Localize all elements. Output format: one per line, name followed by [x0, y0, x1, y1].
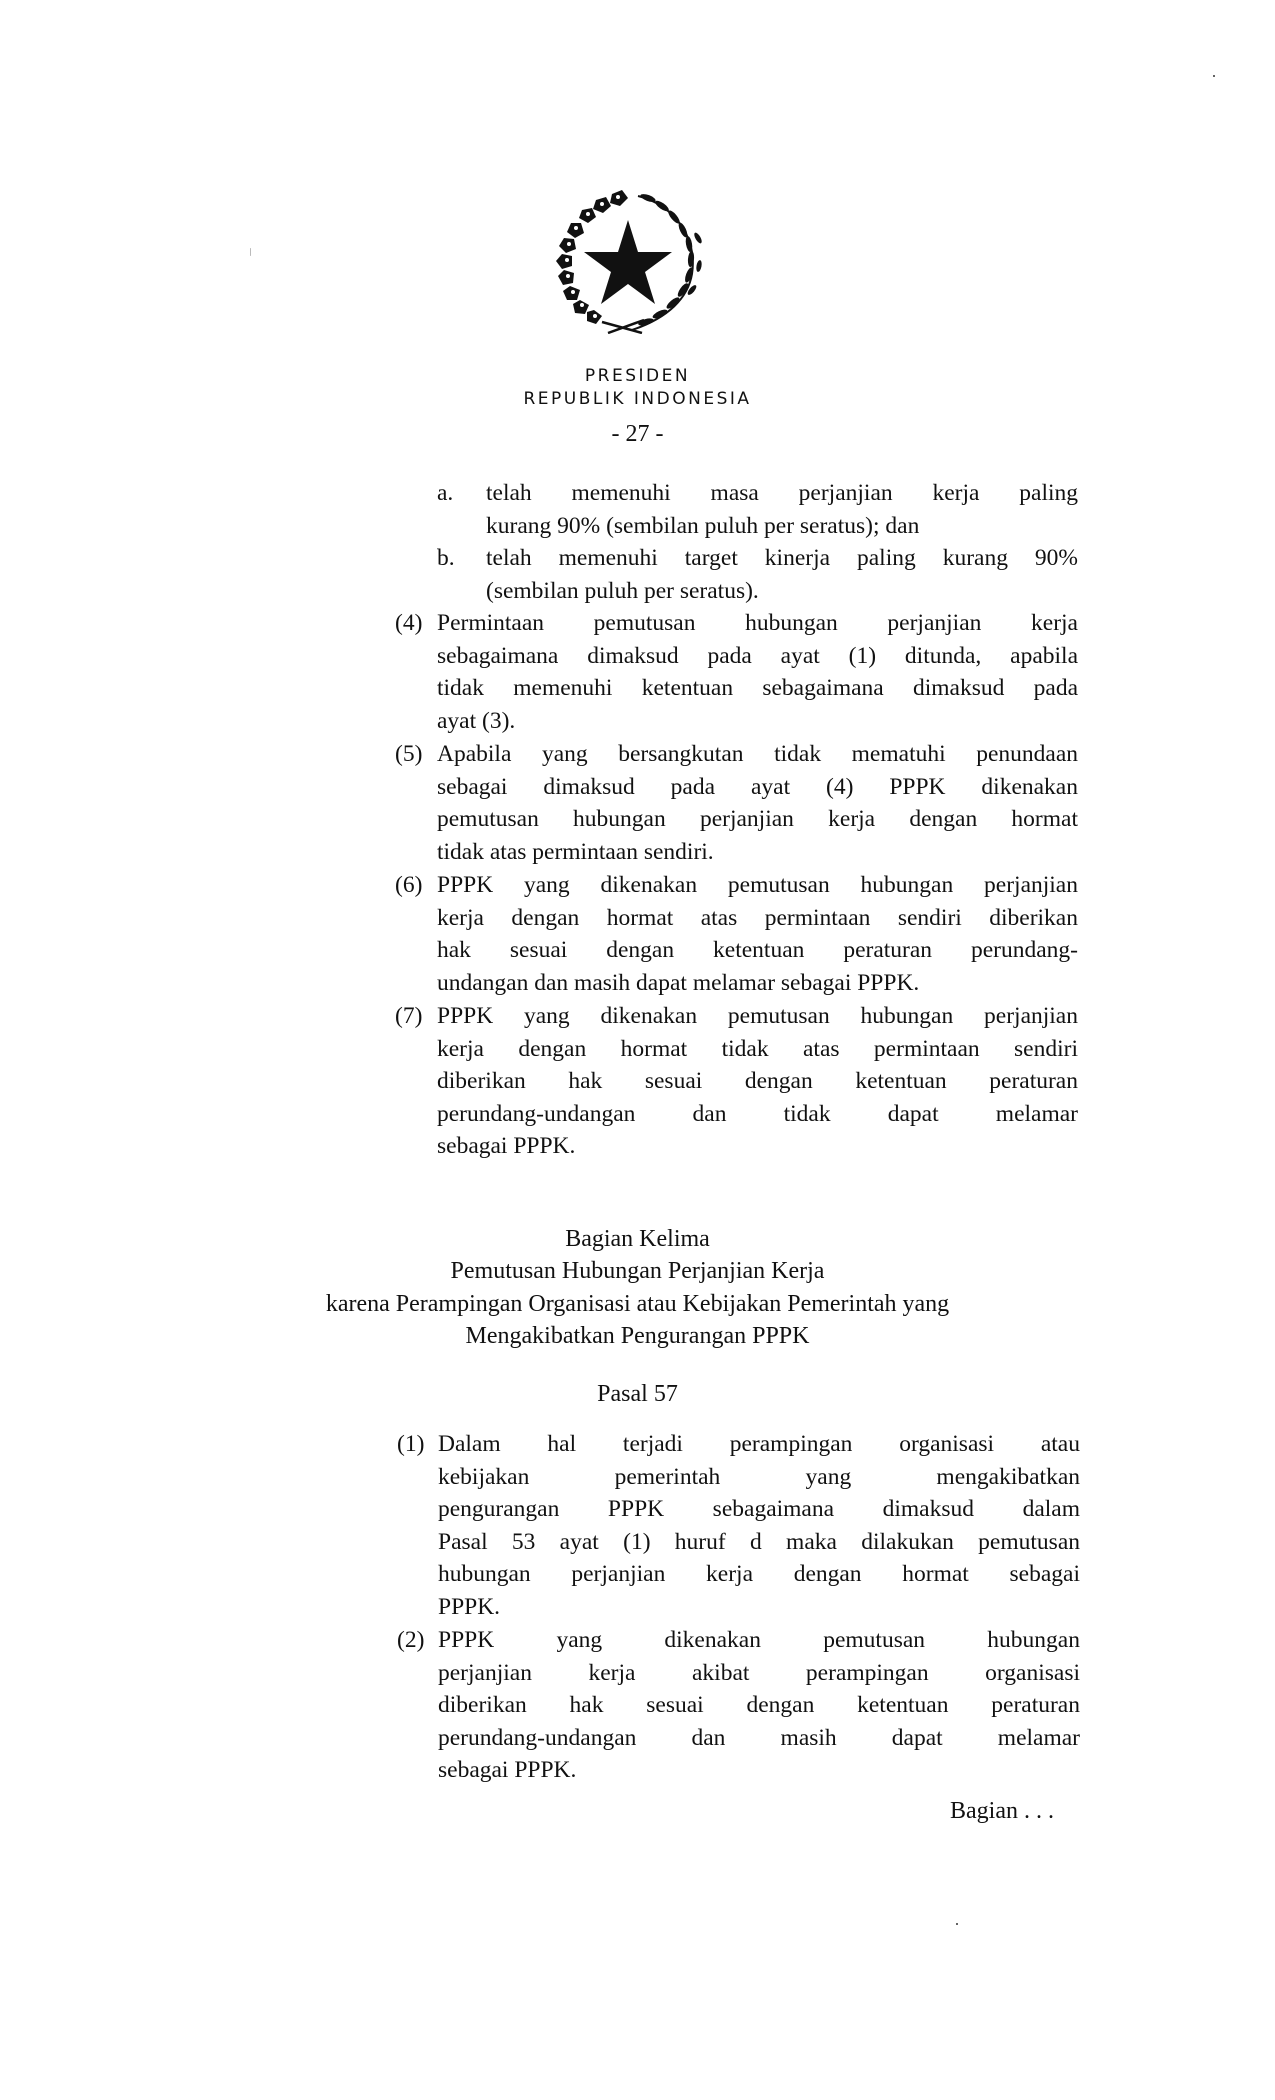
ayat-line: PPPK yang dikenakan pemutusan hubungan p… — [437, 1000, 1078, 1033]
ayat-label: (4) — [395, 607, 422, 640]
ayat-label: (7) — [395, 1000, 422, 1033]
scan-speck — [250, 248, 251, 256]
ayat-line: sebagaimana dimaksud pada ayat (1) ditun… — [437, 640, 1078, 673]
ayat-line: perundang-undangan dan masih dapat melam… — [438, 1722, 1080, 1755]
ayat-line: kebijakan pemerintah yang mengakibatkan — [438, 1461, 1080, 1494]
ayat-label: (5) — [395, 738, 422, 771]
ayat-line: PPPK. — [438, 1591, 1080, 1624]
ayat-line: hubungan perjanjian kerja dengan hormat … — [438, 1558, 1080, 1591]
state-emblem-icon — [552, 186, 708, 334]
ayat-line: pengurangan PPPK sebagaimana dimaksud da… — [438, 1493, 1080, 1526]
ayat-line: kerja dengan hormat atas permintaan send… — [437, 902, 1078, 935]
ayat-label: (2) — [397, 1624, 424, 1657]
list-item-label: a. — [437, 477, 453, 510]
ayat-line: sebagai PPPK. — [437, 1130, 1078, 1163]
ayat-line: Permintaan pemutusan hubungan perjanjian… — [437, 607, 1078, 640]
ayat-line: sebagai dimaksud pada ayat (4) PPPK dike… — [437, 771, 1078, 804]
scan-speck — [956, 1923, 958, 1925]
section-title-line: Pemutusan Hubungan Perjanjian Kerja — [0, 1258, 1275, 1285]
page-number: - 27 - — [0, 421, 1275, 448]
list-item-line: kurang 90% (sembilan puluh per seratus);… — [486, 510, 1078, 543]
section-title-line: karena Perampingan Organisasi atau Kebij… — [0, 1291, 1275, 1318]
ayat-line: diberikan hak sesuai dengan ketentuan pe… — [438, 1689, 1080, 1722]
ayat-line: diberikan hak sesuai dengan ketentuan pe… — [437, 1065, 1078, 1098]
list-item-label: b. — [437, 542, 455, 575]
ayat-line: Apabila yang bersangkutan tidak mematuhi… — [437, 738, 1078, 771]
section-part-heading: Bagian Kelima — [0, 1226, 1275, 1253]
ayat-line: undangan dan masih dapat melamar sebagai… — [437, 967, 1078, 1000]
ayat-line: PPPK yang dikenakan pemutusan hubungan p… — [437, 869, 1078, 902]
list-item-line: telah memenuhi masa perjanjian kerja pal… — [486, 477, 1078, 510]
continuation-marker: Bagian . . . — [950, 1798, 1054, 1825]
list-item-line: telah memenuhi target kinerja paling kur… — [486, 542, 1078, 575]
article-title: Pasal 57 — [0, 1381, 1275, 1408]
ayat-line: perundang-undangan dan tidak dapat melam… — [437, 1098, 1078, 1131]
letterhead-line-presiden: PRESIDEN — [0, 366, 1275, 386]
ayat-line: perjanjian kerja akibat perampingan orga… — [438, 1657, 1080, 1690]
ayat-line: kerja dengan hormat tidak atas permintaa… — [437, 1033, 1078, 1066]
ayat-line: sebagai PPPK. — [438, 1754, 1080, 1787]
ayat-label: (6) — [395, 869, 422, 902]
ayat-line: ayat (3). — [437, 705, 1078, 738]
ayat-line: tidak memenuhi ketentuan sebagaimana dim… — [437, 672, 1078, 705]
ayat-label: (1) — [397, 1428, 424, 1461]
ayat-line: Dalam hal terjadi perampingan organisasi… — [438, 1428, 1080, 1461]
letterhead-line-republik-indonesia: REPUBLIK INDONESIA — [0, 389, 1275, 409]
ayat-line: tidak atas permintaan sendiri. — [437, 836, 1078, 869]
scan-speck — [1213, 75, 1215, 77]
ayat-line: Pasal 53 ayat (1) huruf d maka dilakukan… — [438, 1526, 1080, 1559]
ayat-line: PPPK yang dikenakan pemutusan hubungan — [438, 1624, 1080, 1657]
ayat-line: pemutusan hubungan perjanjian kerja deng… — [437, 803, 1078, 836]
list-item-line: (sembilan puluh per seratus). — [486, 575, 1078, 608]
section-title-line: Mengakibatkan Pengurangan PPPK — [0, 1323, 1275, 1350]
ayat-line: hak sesuai dengan ketentuan peraturan pe… — [437, 934, 1078, 967]
